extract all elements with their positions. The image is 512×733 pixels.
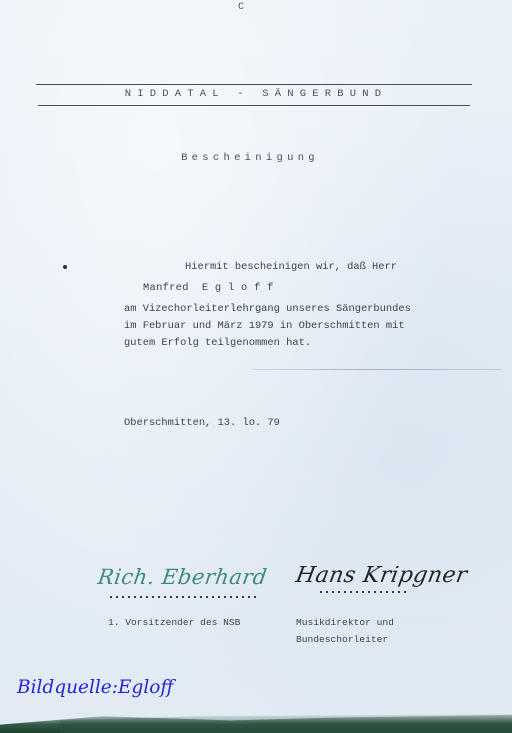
body-line-3: am Vizechorleiterlehrgang unseres Sänger… [124, 303, 411, 315]
body-line-5: gutem Erfolg teilgenommen hat. [124, 337, 311, 349]
body-line-1: Hiermit bescheinigen wir, daß Herr [185, 261, 397, 273]
page-bottom-shadow-2 [60, 712, 512, 733]
punch-mark [63, 265, 67, 269]
corner-mark: C [238, 2, 244, 13]
letterhead-bottom-rule [38, 105, 470, 106]
signature-chairman: Rich. Eberhard [96, 565, 268, 589]
body-line-4: im Februar und März 1979 in Oberschmitte… [124, 320, 405, 332]
role-music-director-line-1: Musikdirektor und [296, 617, 394, 628]
role-chairman: 1. Vorsitzender des NSB [108, 617, 240, 628]
scanned-document-page: C NIDDATAL - SÄNGERBUND Bescheinigung Hi… [0, 0, 512, 733]
signature-dotted-line-1 [108, 596, 256, 598]
signature-dotted-line-2 [318, 591, 410, 593]
signature-music-director: Hans Kripgner [294, 563, 470, 588]
document-title: Bescheinigung [140, 152, 360, 164]
recipient-name: Manfred E g l o f f [143, 282, 274, 294]
image-source-caption: Bildquelle:Egloff [17, 677, 174, 698]
faint-ink-line [252, 369, 502, 370]
role-music-director-line-2: Bundeschorleiter [296, 634, 388, 645]
place-date: Oberschmitten, 13. lo. 79 [124, 417, 280, 429]
letterhead-title: NIDDATAL - SÄNGERBUND [0, 88, 512, 100]
letterhead-top-rule [36, 84, 472, 85]
